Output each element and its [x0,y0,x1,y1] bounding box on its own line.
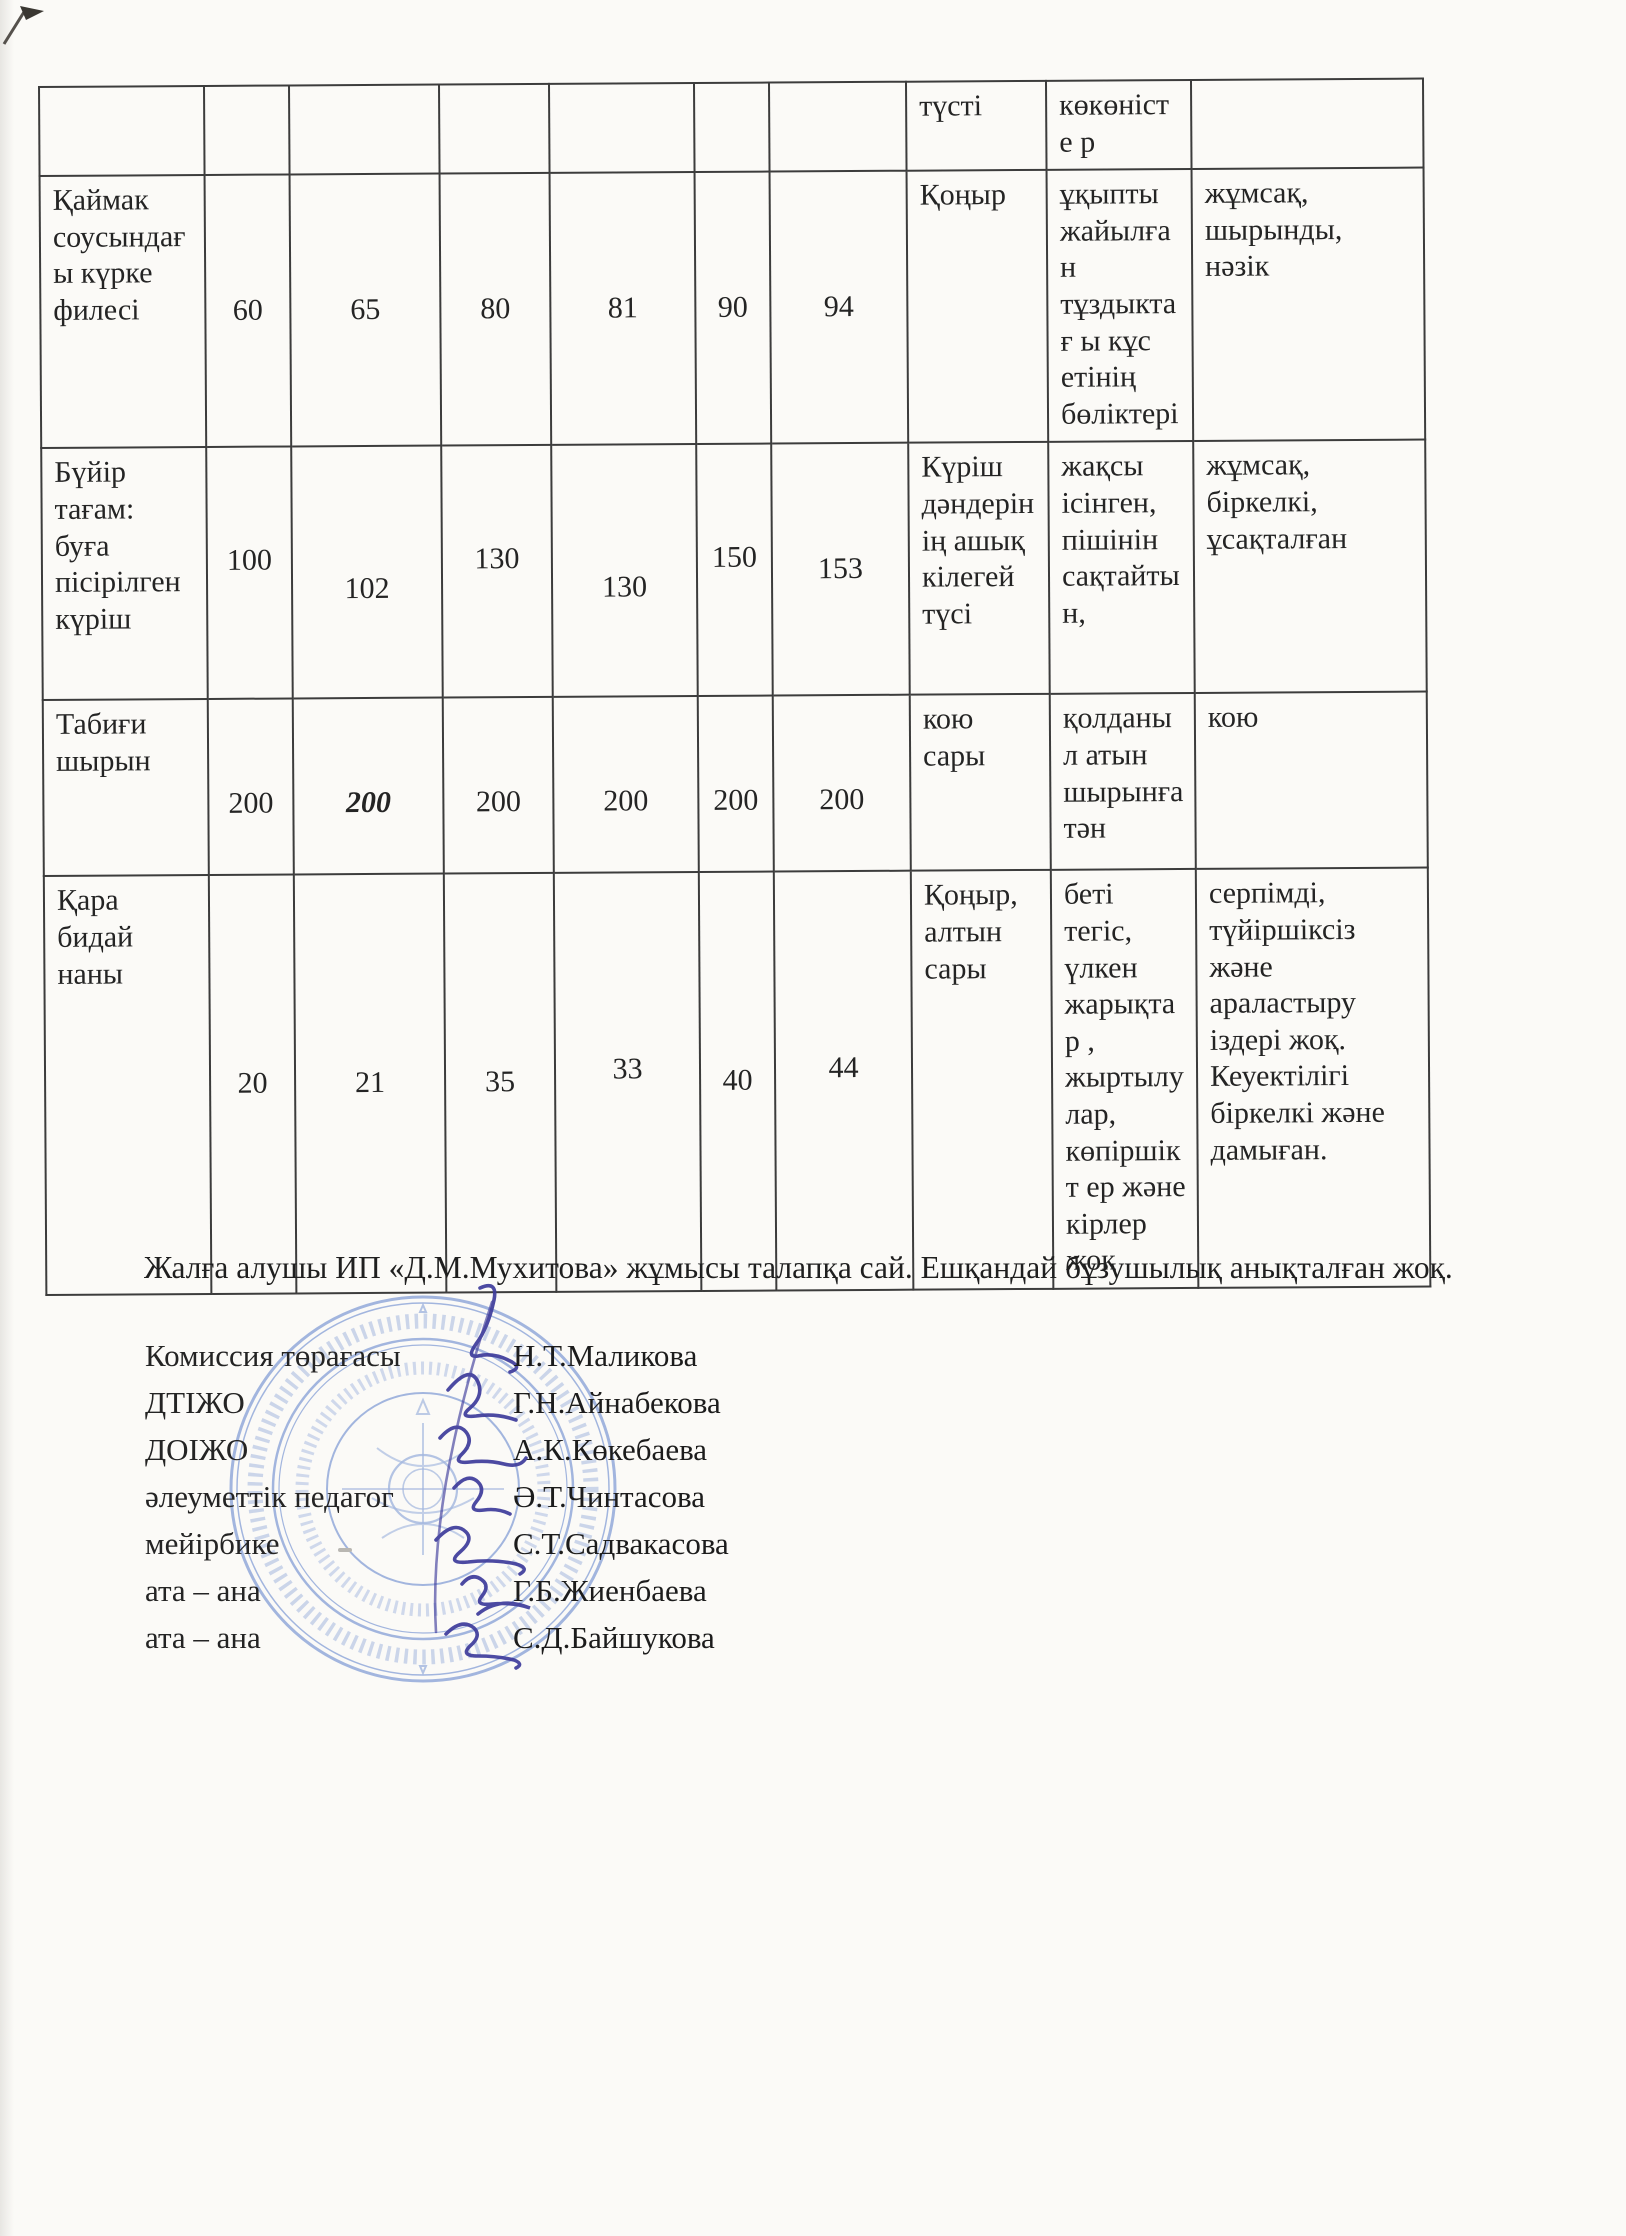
cell-consistency: жақсы ісінген, пішінін сақтайты н, [1048,441,1195,694]
cell-value: 102 [291,446,443,699]
cell-value: 65 [290,174,442,447]
cell-empty [439,84,550,174]
cell-value: 40 [699,872,777,1291]
name-baishukova: С.Д.Байшукова [513,1614,729,1661]
cell-empty [1191,79,1424,170]
cell-empty [39,86,205,176]
cell-empty [549,83,695,173]
role-social-pedagogue: әлеуметтік педагог [145,1473,401,1520]
table-row: Қара бидай наны 20 21 35 33 40 44 Қоңыр,… [44,868,1431,1295]
cell-empty [289,85,440,175]
cell-value: 153 [771,443,910,696]
name-zhienbaeva: Г.Б.Жиенбаева [513,1567,729,1614]
cell-color: кою сары [910,694,1051,871]
document-page: түсті көкөністе р Қаймак соусындағ ы күр… [0,0,1626,2236]
name-malikova: Н.Т.Маликова [513,1332,729,1379]
cell-color: Қоңыр [907,170,1049,443]
cell-value: 200 [773,695,911,872]
cell-value: 21 [294,874,447,1293]
cell-empty [769,82,907,172]
role-parent-1: ата – ана [145,1567,401,1614]
committee-names: Н.Т.Маликова Г.Н.Айнабекова А.К.Көкебаев… [513,1332,729,1661]
cell-value: 130 [551,444,698,697]
cell-product: Бүйір тағам: буға пісірілген күріш [41,447,208,700]
cell-value: 94 [770,171,909,444]
cell-header-color: түсті [906,81,1047,171]
cell-product: Қара бидай наны [44,875,212,1295]
name-chintasova: Ә.Т.Чинтасова [513,1473,729,1520]
cell-value: 150 [696,444,773,696]
scan-artifact [338,1548,352,1552]
cell-value: 90 [695,172,772,445]
conclusion-paragraph: Жалға алушы ИП «Д.М.Мухитова» жұмысы тал… [118,1237,1518,1298]
cell-consistency: ұқыпты жайылған тұздыктағ ы кұс етінің б… [1047,169,1194,442]
cell-texture: серпімді, түйіршіксіз және араластыру із… [1196,868,1431,1288]
cell-value: 80 [440,173,552,446]
cell-color: Қоңыр, алтын сары [911,870,1054,1289]
name-ainabekova: Г.Н.Айнабекова [513,1379,729,1426]
cell-value: 81 [550,172,697,445]
role-parent-2: ата – ана [145,1614,401,1661]
cell-value: 200 [208,699,294,876]
role-chairman: Комиссия төрағасы [145,1332,401,1379]
name-kokebaeva: А.К.Көкебаева [513,1426,729,1473]
cell-value: 200 [293,698,444,875]
cell-value: 200 [698,696,774,872]
cell-value: 20 [209,875,297,1294]
cell-consistency: беті тегіс, үлкен жарықтар , жыртылу лар… [1051,869,1199,1288]
cell-product: Қаймак соусындағ ы күрке филесі [40,175,207,448]
cell-value: 200 [443,697,554,874]
role-doizho: ДОІЖО [145,1426,401,1473]
cell-consistency: қолданыл атын шырынға тән [1050,693,1196,870]
cell-empty [694,83,770,173]
table-row: Табиғи шырын 200 200 200 200 200 200 кою… [43,692,1428,876]
cell-value: 130 [441,445,553,698]
cell-empty [204,85,290,175]
table-row: Бүйір тағам: буға пісірілген күріш 100 1… [41,440,1427,700]
cell-product: Табиғи шырын [43,699,209,876]
cell-value: 60 [205,175,292,448]
table-row-header-continued: түсті көкөністе р [39,79,1424,177]
cell-value: 35 [444,873,557,1292]
cell-value: 33 [554,872,702,1291]
table-row: Қаймак соусындағ ы күрке филесі 60 65 80… [40,168,1426,449]
cell-texture: жұмсақ, шырынды, нәзік [1192,168,1426,442]
role-dtizho: ДТІЖО [145,1379,401,1426]
cell-texture: кою [1195,692,1428,869]
pen-mark [0,0,60,60]
cell-texture: жұмсақ, біркелкі, ұсақталған [1193,440,1427,693]
name-sadvakasova: С.Т.Садвакасова [513,1520,729,1567]
food-quality-table: түсті көкөністе р Қаймак соусындағ ы күр… [38,78,1431,1296]
cell-value: 100 [206,447,293,700]
cell-value: 44 [774,871,914,1290]
role-nurse: мейірбике [145,1520,401,1567]
cell-value: 200 [553,696,699,873]
cell-header-consistency: көкөністе р [1046,80,1192,170]
committee-roles: Комиссия төрағасы ДТІЖО ДОІЖО әлеуметтік… [145,1332,401,1661]
cell-color: Күріш дәндерін ің ашық кілегей түсі [908,442,1050,695]
